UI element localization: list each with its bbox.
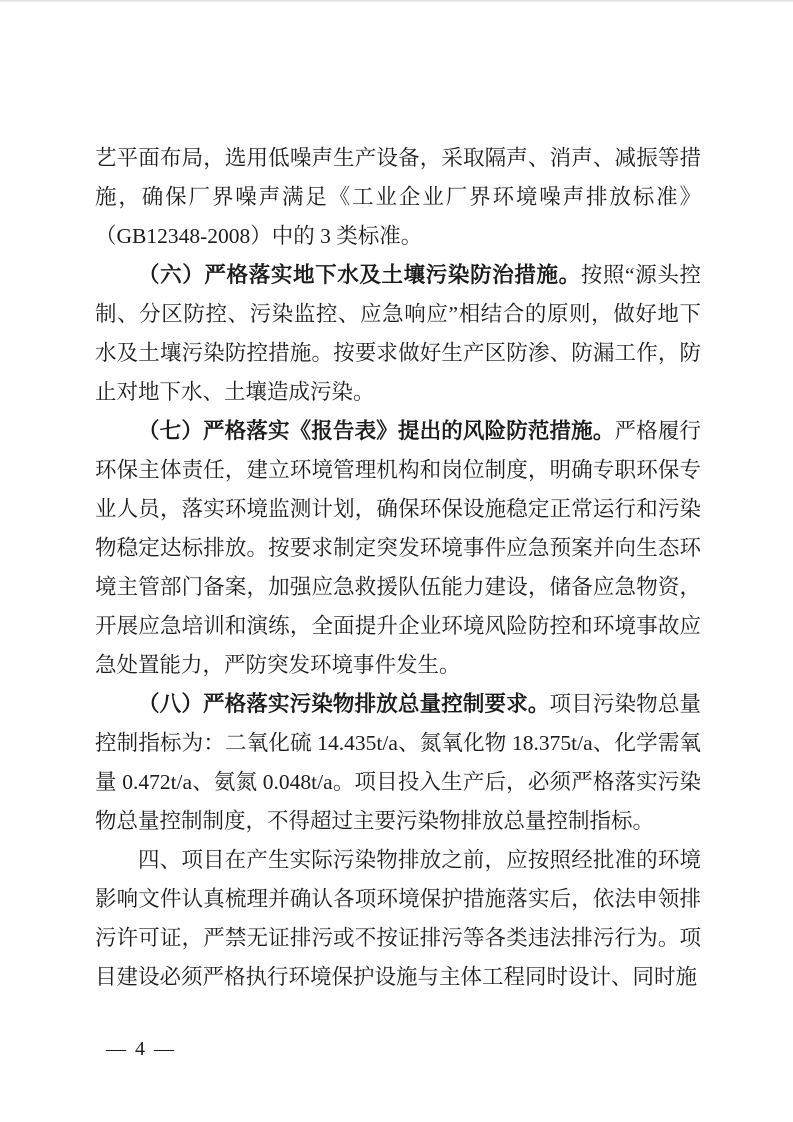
paragraph-item-8-total-emission-control: （八）严格落实污染物排放总量控制要求。项目污染物总量控制指标为：二氧化硫 14.… xyxy=(95,685,701,841)
paragraph-heading-bold: （六）严格落实地下水及土壤污染防治措施。 xyxy=(138,263,581,287)
document-body: 艺平面布局，选用低噪声生产设备，采取隔声、消声、减振等措施，确保厂界噪声满足《工… xyxy=(95,139,701,997)
paragraph-item-7-risk-prevention: （七）严格落实《报告表》提出的风险防范措施。严格履行环保主体责任，建立环境管理机… xyxy=(95,412,701,685)
paragraph-heading-bold: （八）严格落实污染物排放总量控制要求。 xyxy=(138,692,550,716)
paragraph-text: 严格履行环保主体责任，建立环境管理机构和岗位制度，明确专职环保专业人员，落实环境… xyxy=(95,419,701,677)
page-number: — 4 — xyxy=(106,1038,176,1061)
paragraph-text: 四、项目在产生实际污染物排放之前，应按照经批准的环境影响文件认真梳理并确认各项环… xyxy=(95,848,701,989)
scan-top-edge xyxy=(0,0,793,3)
paragraph-section-4-pollutant-permit: 四、项目在产生实际污染物排放之前，应按照经批准的环境影响文件认真梳理并确认各项环… xyxy=(95,841,701,997)
document-page: 艺平面布局，选用低噪声生产设备，采取隔声、消声、减振等措施，确保厂界噪声满足《工… xyxy=(0,0,793,1122)
paragraph-item-6-groundwater-soil: （六）严格落实地下水及土壤污染防治措施。按照“源头控制、分区防控、污染监控、应急… xyxy=(95,256,701,412)
paragraph-noise-control-continuation: 艺平面布局，选用低噪声生产设备，采取隔声、消声、减振等措施，确保厂界噪声满足《工… xyxy=(95,139,701,256)
paragraph-heading-bold: （七）严格落实《报告表》提出的风险防范措施。 xyxy=(138,419,615,443)
paragraph-text: 艺平面布局，选用低噪声生产设备，采取隔声、消声、减振等措施，确保厂界噪声满足《工… xyxy=(95,146,701,248)
